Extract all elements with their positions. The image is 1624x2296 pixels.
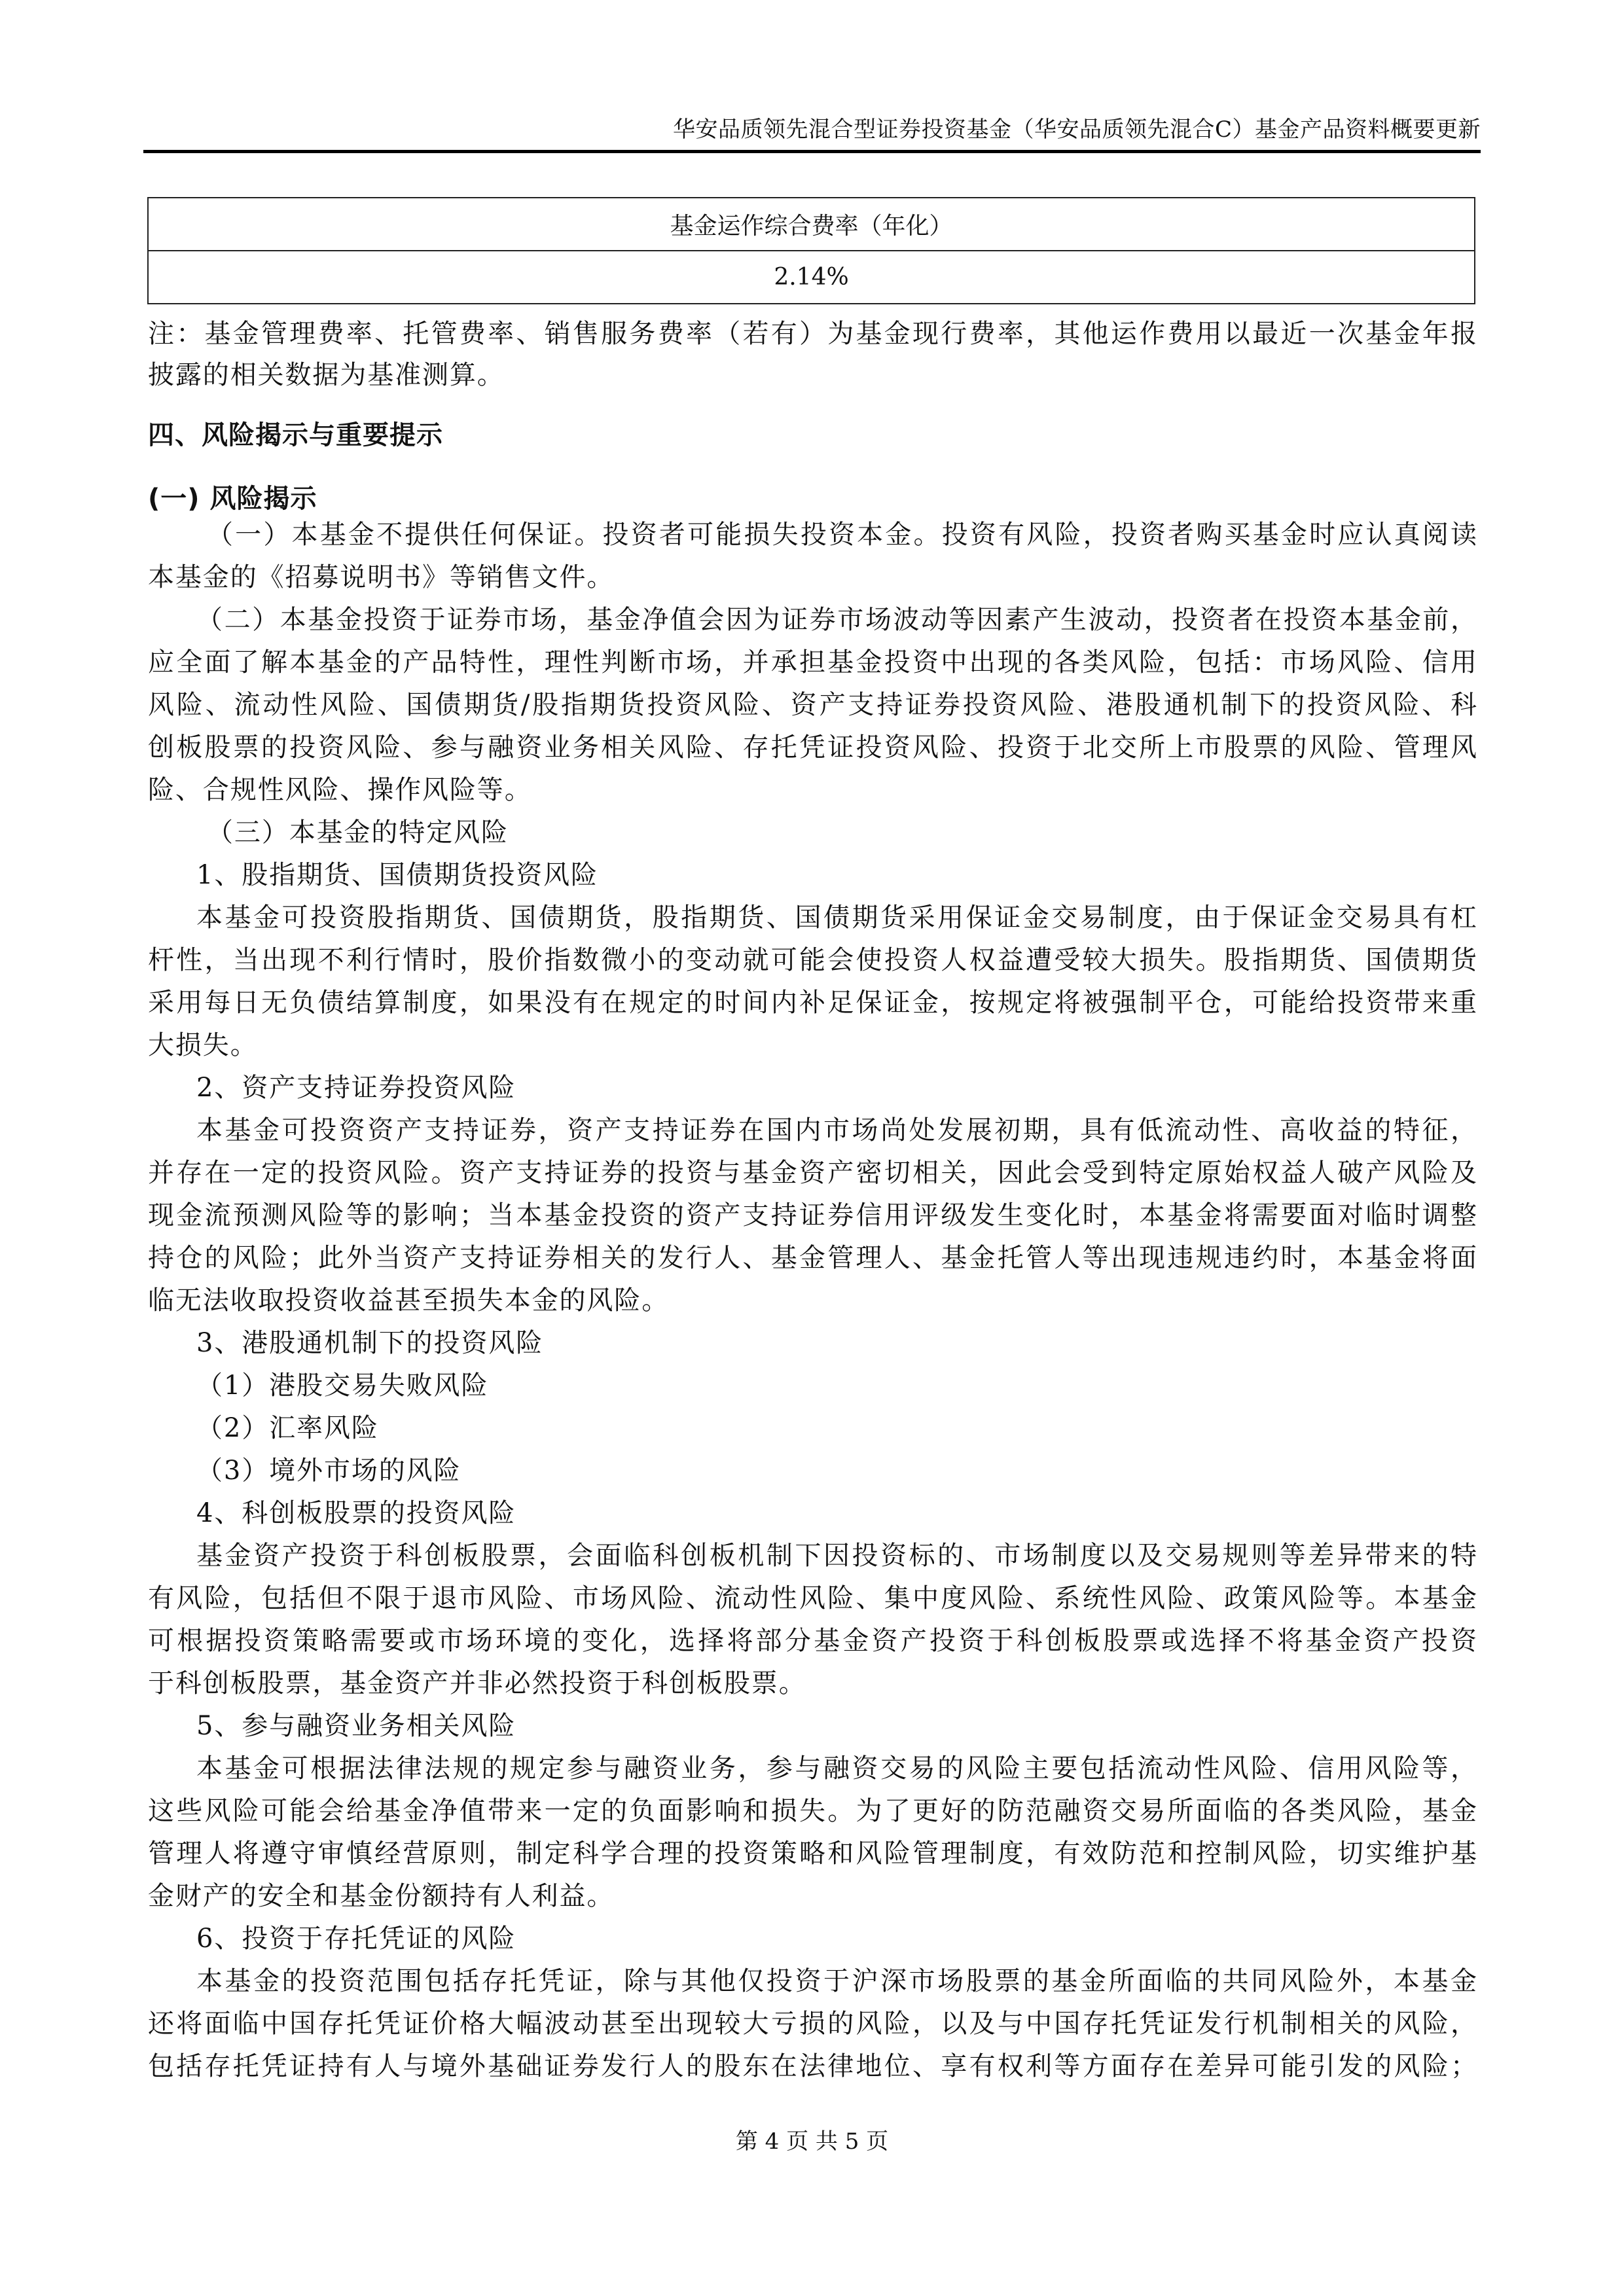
body-line: 杆性，当出现不利行情时，股价指数微小的变动就可能会使投资人权益遭受较大损失。股指… [148,939,1477,982]
fee-table-value: 2.14% [148,251,1475,304]
body-line: 采用每日无负债结算制度，如果没有在规定的时间内补足保证金，按规定将被强制平仓，可… [148,982,1477,1024]
body-line: 本基金的《招募说明书》等销售文件。 [148,556,1477,599]
body-line: 本基金可根据法律法规的规定参与融资业务，参与融资交易的风险主要包括流动性风险、信… [196,1748,1477,1790]
body-line: 风险、流动性风险、国债期货/股指期货投资风险、资产支持证券投资风险、港股通机制下… [148,684,1477,726]
body-line: 包括存托凭证持有人与境外基础证券发行人的股东在法律地位、享有权利等方面存在差异可… [148,2045,1477,2088]
body-line: 本基金可投资资产支持证券，资产支持证券在国内市场尚处发展初期，具有低流动性、高收… [196,1109,1477,1152]
body-line: 有风险，包括但不限于退市风险、市场风险、流动性风险、集中度风险、系统性风险、政策… [148,1577,1477,1620]
body-line: 这些风险可能会给基金净值带来一定的负面影响和损失。为了更好的防范融资交易所面临的… [148,1790,1477,1833]
page-number: 第 4 页 共 5 页 [0,2127,1624,2156]
body-line: （1）港股交易失败风险 [196,1365,1525,1407]
body-line: 6、投资于存托凭证的风险 [196,1918,1525,1960]
document-header-title: 华安品质领先混合型证券投资基金（华安品质领先混合C）基金产品资料概要更新 [673,115,1481,144]
body-line: 于科创板股票，基金资产并非必然投资于科创板股票。 [148,1662,1477,1705]
fee-rate-table: 基金运作综合费率（年化） 2.14% [147,197,1475,304]
body-line: 临无法收取投资收益甚至损失本金的风险。 [148,1280,1477,1322]
body-line: 1、股指期货、国债期货投资风险 [196,854,1525,897]
section-title: 四、风险揭示与重要提示 [148,414,1477,457]
body-line: 还将面临中国存托凭证价格大幅波动甚至出现较大亏损的风险，以及与中国存托凭证发行机… [148,2003,1477,2045]
body-line: 4、科创板股票的投资风险 [196,1492,1525,1535]
body-line: 持仓的风险；此外当资产支持证券相关的发行人、基金管理人、基金托管人等出现违规违约… [148,1237,1477,1280]
note-line: 披露的相关数据为基准测算。 [148,354,1477,397]
body-line: （二）本基金投资于证券市场，基金净值会因为证券市场波动等因素产生波动，投资者在投… [196,599,1477,641]
header-divider [143,150,1481,153]
note-line: 注：基金管理费率、托管费率、销售服务费率（若有）为基金现行费率，其他运作费用以最… [148,313,1477,355]
fee-table-header: 基金运作综合费率（年化） [148,198,1475,251]
body-line: 3、港股通机制下的投资风险 [196,1322,1525,1365]
body-line: （一）本基金不提供任何保证。投资者可能损失投资本金。投资有风险，投资者购买基金时… [207,514,1477,556]
body-line: 可根据投资策略需要或市场环境的变化，选择将部分基金资产投资于科创板股票或选择不将… [148,1620,1477,1662]
body-line: 本基金的投资范围包括存托凭证，除与其他仅投资于沪深市场股票的基金所面临的共同风险… [196,1960,1477,2003]
body-line: 5、参与融资业务相关风险 [196,1705,1525,1748]
body-line: 并存在一定的投资风险。资产支持证券的投资与基金资产密切相关，因此会受到特定原始权… [148,1152,1477,1194]
body-line: 应全面了解本基金的产品特性，理性判断市场，并承担基金投资中出现的各类风险，包括：… [148,641,1477,684]
body-line: （2）汇率风险 [196,1407,1525,1450]
body-line: 2、资产支持证券投资风险 [196,1067,1525,1109]
body-line: 创板股票的投资风险、参与融资业务相关风险、存托凭证投资风险、投资于北交所上市股票… [148,726,1477,769]
body-line: 本基金可投资股指期货、国债期货，股指期货、国债期货采用保证金交易制度，由于保证金… [196,897,1477,939]
body-line: 管理人将遵守审慎经营原则，制定科学合理的投资策略和风险管理制度，有效防范和控制风… [148,1833,1477,1875]
body-line: 大损失。 [148,1024,1477,1067]
body-line: （三）本基金的特定风险 [207,812,1536,854]
body-line: 金财产的安全和基金份额持有人利益。 [148,1875,1477,1918]
body-line: （3）境外市场的风险 [196,1450,1525,1492]
body-line: 险、合规性风险、操作风险等。 [148,769,1477,812]
body-line: 基金资产投资于科创板股票，会面临科创板机制下因投资标的、市场制度以及交易规则等差… [196,1535,1477,1577]
body-line: 现金流预测风险等的影响；当本基金投资的资产支持证券信用评级发生变化时，本基金将需… [148,1194,1477,1237]
